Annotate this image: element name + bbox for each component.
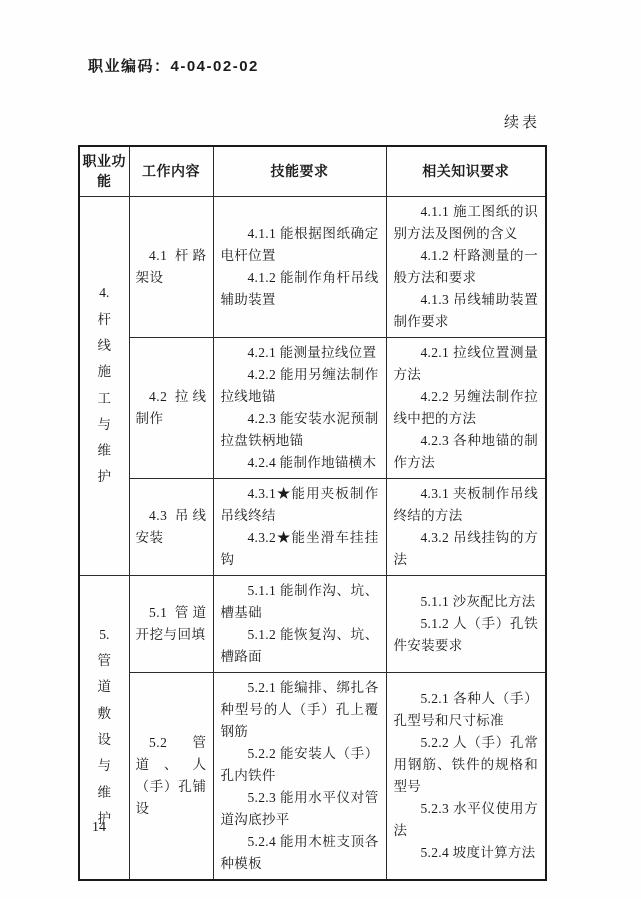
knowledge-item: 4.3.1 夹板制作吊线终结的方法: [394, 483, 539, 527]
header-skills: 技能要求: [213, 146, 386, 196]
knowledge-item: 4.1.2 杆路测量的一般方法和要求: [394, 245, 539, 289]
skill-item: 5.1.2 能恢复沟、坑、槽路面: [221, 624, 379, 668]
knowledge-item: 5.2.1 各种人（手）孔型号和尺寸标准: [394, 688, 539, 732]
knowledge-item: 4.1.3 吊线辅助装置制作要求: [394, 289, 539, 333]
skill-item: 4.3.2★能坐滑车挂挂钩: [221, 527, 379, 571]
knowledge-item: 5.2.4 坡度计算方法: [394, 842, 539, 864]
knowledge-item: 4.2.3 各种地锚的制作方法: [394, 430, 539, 474]
table-row-5-1: 5. 管道敷设与维护 5.1 管道开挖与回填 5.1.1 能制作沟、坑、槽基础 …: [79, 575, 546, 672]
knowledge-item: 5.2.2 人（手）孔常用钢筋、铁件的规格和型号: [394, 732, 539, 798]
knowledge-item: 4.2.2 另缠法制作拉线中把的方法: [394, 386, 539, 430]
knowledge-item: 5.1.2 人（手）孔铁件安装要求: [394, 613, 539, 657]
work-label: 5.2 管道、人（手）孔铺设: [136, 732, 207, 820]
header-function: 职业功能: [79, 146, 129, 196]
skills-cell-4-2: 4.2.1 能测量拉线位置 4.2.2 能用另缠法制作拉线地锚 4.2.3 能安…: [213, 337, 386, 478]
header-knowledge: 相关知识要求: [386, 146, 546, 196]
knowledge-item: 4.1.1 施工图纸的识别方法及图例的含义: [394, 201, 539, 245]
document-page: 职业编码：4-04-02-02 续表 职业功能 工作内容 技能要求 相关知识要求…: [0, 0, 641, 899]
function-label-4: 4. 杆线施工与维护: [95, 280, 113, 491]
knowledge-item: 4.3.2 吊线挂钩的方法: [394, 527, 539, 571]
skill-item: 5.2.4 能用木桩支顶各种模板: [221, 831, 379, 875]
skills-cell-4-3: 4.3.1★能用夹板制作吊线终结 4.3.2★能坐滑车挂挂钩: [213, 478, 386, 575]
skill-item: 5.2.2 能安装人（手）孔内铁件: [221, 743, 379, 787]
table-row-4-2: 4.2 拉线制作 4.2.1 能测量拉线位置 4.2.2 能用另缠法制作拉线地锚…: [79, 337, 546, 478]
work-cell-5-2: 5.2 管道、人（手）孔铺设: [129, 672, 213, 880]
skill-item: 4.2.3 能安装水泥预制拉盘铁柄地锚: [221, 408, 379, 452]
skill-item: 4.2.1 能测量拉线位置: [221, 342, 379, 364]
skill-item: 5.2.1 能编排、绑扎各种型号的人（手）孔上覆钢筋: [221, 677, 379, 743]
work-label: 5.1 管道开挖与回填: [136, 602, 207, 646]
work-cell-4-1: 4.1 杆路架设: [129, 196, 213, 337]
skill-item: 5.2.3 能用水平仪对管道沟底抄平: [221, 787, 379, 831]
knowledge-cell-5-2: 5.2.1 各种人（手）孔型号和尺寸标准 5.2.2 人（手）孔常用钢筋、铁件的…: [386, 672, 546, 880]
function-label-5: 5. 管道敷设与维护: [95, 622, 113, 833]
skill-item: 4.1.2 能制作角杆吊线辅助装置: [221, 267, 379, 311]
knowledge-item: 4.2.1 拉线位置测量方法: [394, 342, 539, 386]
table-header-row: 职业功能 工作内容 技能要求 相关知识要求: [79, 146, 546, 196]
knowledge-item: 5.2.3 水平仪使用方法: [394, 798, 539, 842]
skill-item: 4.2.4 能制作地锚横木: [221, 452, 379, 474]
occupational-standard-table: 职业功能 工作内容 技能要求 相关知识要求 4. 杆线施工与维护 4.1 杆路架…: [78, 145, 547, 881]
skills-cell-5-1: 5.1.1 能制作沟、坑、槽基础 5.1.2 能恢复沟、坑、槽路面: [213, 575, 386, 672]
skill-item: 4.1.1 能根据图纸确定电杆位置: [221, 223, 379, 267]
work-label: 4.3 吊线安装: [136, 505, 207, 549]
knowledge-cell-5-1: 5.1.1 沙灰配比方法 5.1.2 人（手）孔铁件安装要求: [386, 575, 546, 672]
function-cell-4: 4. 杆线施工与维护: [79, 196, 129, 575]
skills-cell-4-1: 4.1.1 能根据图纸确定电杆位置 4.1.2 能制作角杆吊线辅助装置: [213, 196, 386, 337]
table-row-5-2: 5.2 管道、人（手）孔铺设 5.2.1 能编排、绑扎各种型号的人（手）孔上覆钢…: [79, 672, 546, 880]
header-work: 工作内容: [129, 146, 213, 196]
knowledge-item: 5.1.1 沙灰配比方法: [394, 591, 539, 613]
table-row-4-1: 4. 杆线施工与维护 4.1 杆路架设 4.1.1 能根据图纸确定电杆位置 4.…: [79, 196, 546, 337]
occupation-code: 职业编码：4-04-02-02: [88, 55, 259, 76]
knowledge-cell-4-3: 4.3.1 夹板制作吊线终结的方法 4.3.2 吊线挂钩的方法: [386, 478, 546, 575]
work-cell-4-3: 4.3 吊线安装: [129, 478, 213, 575]
work-cell-5-1: 5.1 管道开挖与回填: [129, 575, 213, 672]
page-number: 14: [92, 820, 106, 836]
table-row-4-3: 4.3 吊线安装 4.3.1★能用夹板制作吊线终结 4.3.2★能坐滑车挂挂钩 …: [79, 478, 546, 575]
skill-item: 4.3.1★能用夹板制作吊线终结: [221, 483, 379, 527]
knowledge-cell-4-2: 4.2.1 拉线位置测量方法 4.2.2 另缠法制作拉线中把的方法 4.2.3 …: [386, 337, 546, 478]
knowledge-cell-4-1: 4.1.1 施工图纸的识别方法及图例的含义 4.1.2 杆路测量的一般方法和要求…: [386, 196, 546, 337]
work-label: 4.1 杆路架设: [136, 245, 207, 289]
skill-item: 5.1.1 能制作沟、坑、槽基础: [221, 580, 379, 624]
work-cell-4-2: 4.2 拉线制作: [129, 337, 213, 478]
continued-table-label: 续表: [78, 111, 540, 132]
work-label: 4.2 拉线制作: [136, 386, 207, 430]
skill-item: 4.2.2 能用另缠法制作拉线地锚: [221, 364, 379, 408]
skills-cell-5-2: 5.2.1 能编排、绑扎各种型号的人（手）孔上覆钢筋 5.2.2 能安装人（手）…: [213, 672, 386, 880]
